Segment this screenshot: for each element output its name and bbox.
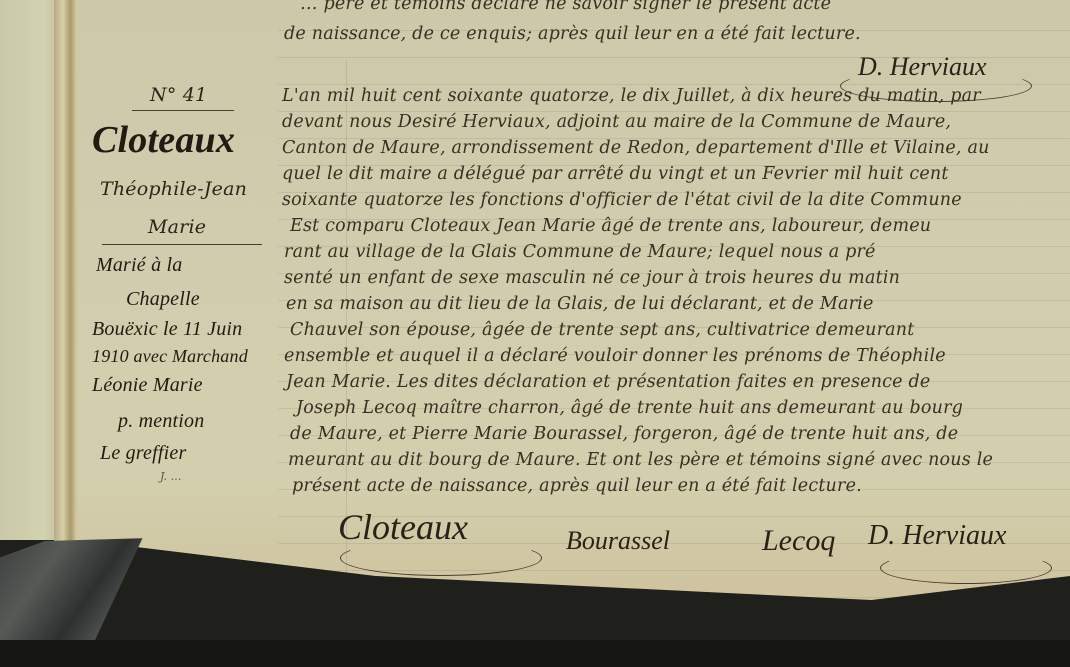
margin-divider bbox=[102, 244, 262, 245]
marriage-note-line-3: Bouëxic le 11 Juin bbox=[92, 318, 242, 341]
previous-entry-line-1: … pere et temoins declare ne savoir sign… bbox=[300, 0, 831, 14]
body-line-7: rant au village de la Glais Commune de M… bbox=[284, 242, 876, 262]
facing-page-edge bbox=[0, 0, 62, 540]
body-line-4: quel le dit maire a délégué par arrêté d… bbox=[282, 164, 949, 184]
body-line-9: en sa maison au dit lieu de la Glais, de… bbox=[286, 294, 874, 314]
child-given-names-1: Théophile-Jean bbox=[100, 178, 247, 200]
body-line-13: Joseph Lecoq maître charron, âgé de tren… bbox=[296, 398, 963, 418]
marriage-note-line-1: Marié à la bbox=[96, 254, 182, 277]
marriage-note-line-7: Le greffier bbox=[100, 442, 186, 465]
signature-witness-2: Lecoq bbox=[762, 524, 835, 558]
body-line-3: Canton de Maure, arrondissement de Redon… bbox=[282, 138, 990, 158]
marriage-note-line-2: Chapelle bbox=[126, 288, 200, 311]
body-line-16: présent acte de naissance, après quil le… bbox=[292, 476, 862, 496]
body-line-10: Chauvel son épouse, âgée de trente sept … bbox=[290, 320, 915, 340]
background-surface bbox=[0, 640, 1070, 667]
signature-father-flourish bbox=[340, 540, 542, 576]
pencil-annotation: J. … bbox=[160, 470, 182, 483]
signature-witness-1: Bourassel bbox=[566, 526, 670, 556]
entry-number: N° 41 bbox=[150, 84, 207, 106]
marriage-note-line-5: Léonie Marie bbox=[92, 374, 203, 397]
signature-officer-flourish bbox=[880, 552, 1052, 584]
body-line-8: senté un enfant de sexe masculin né ce j… bbox=[284, 268, 900, 288]
entry-number-underline bbox=[132, 110, 234, 111]
body-line-15: meurant au dit bourg de Maure. Et ont le… bbox=[288, 450, 993, 470]
body-line-12: Jean Marie. Les dites déclaration et pré… bbox=[286, 372, 930, 392]
body-line-14: de Maure, et Pierre Marie Bourassel, for… bbox=[290, 424, 958, 444]
body-line-5: soixante quatorze les fonctions d'offici… bbox=[282, 190, 962, 210]
body-line-6: Est comparu Cloteaux Jean Marie âgé de t… bbox=[290, 216, 931, 236]
marriage-note-line-4: 1910 avec Marchand bbox=[92, 346, 248, 367]
body-line-2: devant nous Desiré Herviaux, adjoint au … bbox=[282, 112, 951, 132]
child-surname: Cloteaux bbox=[92, 118, 235, 162]
marriage-note-line-6: p. mention bbox=[118, 410, 204, 433]
signature-officer: D. Herviaux bbox=[868, 520, 1006, 552]
body-line-1: L'an mil huit cent soixante quatorze, le… bbox=[282, 86, 981, 106]
previous-entry-line-2: de naissance, de ce enquis; après quil l… bbox=[284, 24, 861, 44]
child-given-names-2: Marie bbox=[148, 216, 206, 238]
body-line-11: ensemble et auquel il a déclaré vouloir … bbox=[284, 346, 946, 366]
